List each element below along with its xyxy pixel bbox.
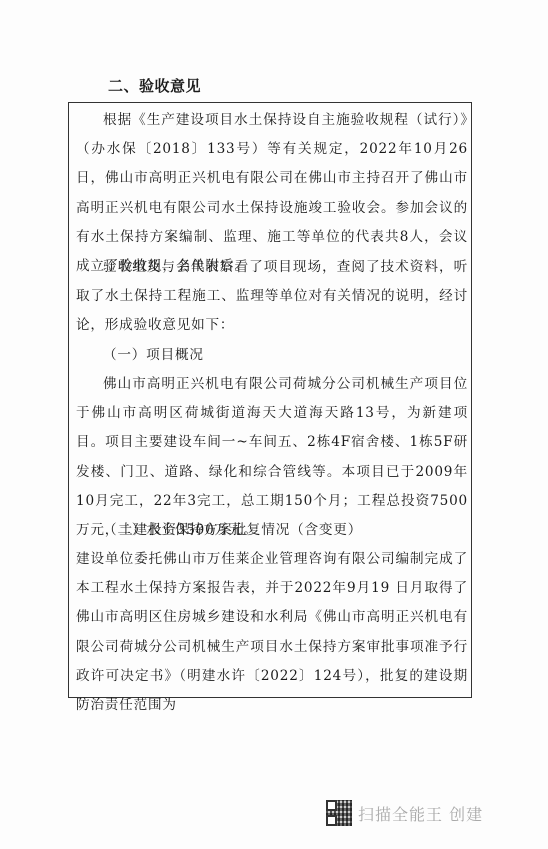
heading-plan-approval: （二）水土保持方案批复情况（含变更） <box>76 516 468 545</box>
watermark-text: 扫描全能王 创建 <box>358 802 483 825</box>
scanner-watermark: 扫描全能王 创建 <box>326 800 483 826</box>
paragraph-inspection: 验收组及与会代表察看了项目现场，查阅了技术资料，听取了水土保持工程施工、监理等单… <box>76 253 468 341</box>
paragraph-plan-approval: 建设单位委托佛山市万佳莱企业管理咨询有限公司编制完成了本工程水土保持方案报告表，… <box>76 545 468 720</box>
section-title: 二、验收意见 <box>108 75 201 96</box>
heading-project-overview: （一）项目概况 <box>76 341 468 370</box>
qr-code-icon <box>326 800 352 826</box>
